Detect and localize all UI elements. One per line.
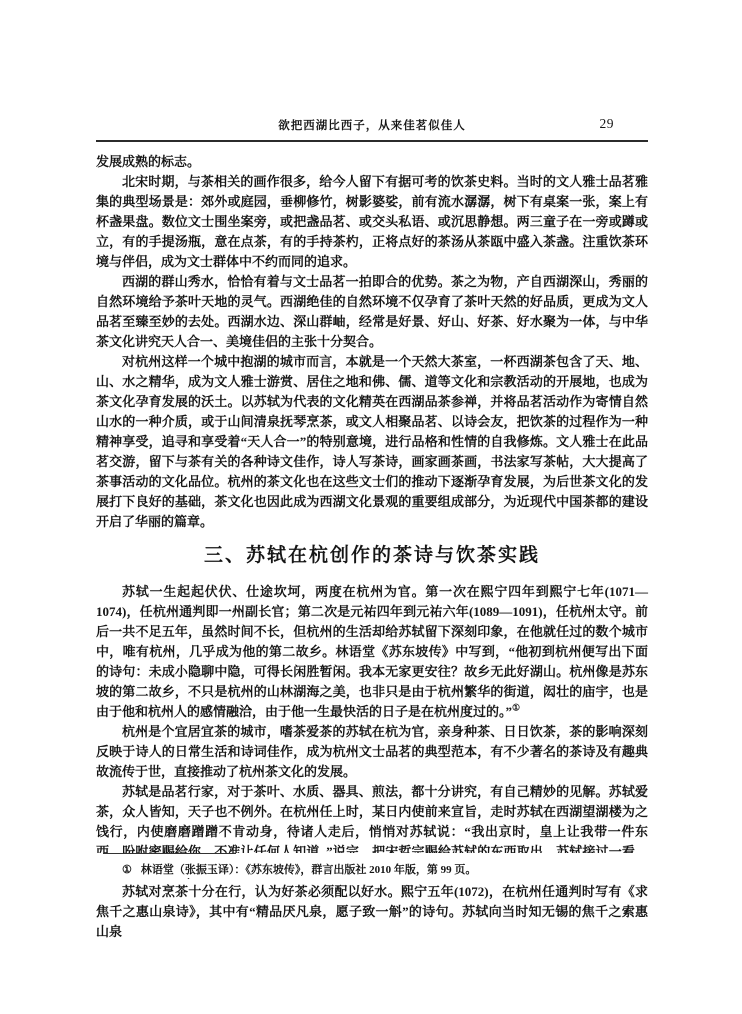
body-text: 发展成熟的标志。 北宋时期，与茶相关的画作很多，给今人留下有据可考的饮茶史料。当… (96, 152, 648, 942)
paragraph: 苏轼一生起起伏伏、仕途坎坷，两度在杭州为官。第一次在熙宁四年到熙宁七年(1071… (96, 582, 648, 722)
text-column: 欲把西湖比西子，从来佳茗似佳人 29 发展成熟的标志。 北宋时期，与茶相关的画作… (96, 118, 648, 942)
book-page: 欲把西湖比西子，从来佳茗似佳人 29 发展成熟的标志。 北宋时期，与茶相关的画作… (0, 0, 742, 1014)
footnote-area: ①林语堂（张振玉译）：《苏东坡传》，群言出版社 2010 年版，第 99 页。 (96, 853, 648, 878)
header-rule (96, 140, 648, 142)
page-number: 29 (600, 116, 615, 132)
footnote-rule (103, 853, 236, 854)
paragraph: 苏轼对烹茶十分在行，认为好茶必须配以好水。熙宁五年(1072)，在杭州任通判时写… (96, 882, 648, 942)
footnote-text: 林语堂（张振玉译）：《苏东坡传》，群言出版社 2010 年版，第 99 页。 (141, 864, 477, 876)
footnote-ref-marker: ① (512, 703, 520, 713)
footnote-marker: ① (122, 864, 132, 876)
running-title: 欲把西湖比西子，从来佳茗似佳人 (96, 118, 648, 134)
paragraph-text: 苏轼一生起起伏伏、仕途坎坷，两度在杭州为官。第一次在熙宁四年到熙宁七年(1071… (96, 584, 648, 719)
footnote: ①林语堂（张振玉译）：《苏东坡传》，群言出版社 2010 年版，第 99 页。 (96, 863, 648, 878)
section-heading: 三、苏轼在杭创作的茶诗与饮茶实践 (96, 543, 648, 569)
paragraph-continuation: 发展成熟的标志。 (96, 152, 648, 172)
paragraph: 对杭州这样一个城中抱湖的城市而言，本就是一个天然大茶室，一杯西湖茶包含了天、地、… (96, 352, 648, 532)
paragraph: 西湖的群山秀水，恰恰有着与文士品茗一拍即合的优势。茶之为物，产自西湖深山，秀丽的… (96, 272, 648, 352)
running-head: 欲把西湖比西子，从来佳茗似佳人 29 (96, 118, 648, 138)
paragraph: 杭州是个宜居宜茶的城市，嗜茶爱茶的苏轼在杭为官，亲身种茶、日日饮茶，茶的影响深刻… (96, 722, 648, 782)
paragraph: 北宋时期，与茶相关的画作很多，给今人留下有据可考的饮茶史料。当时的文人雅士品茗雅… (96, 172, 648, 272)
